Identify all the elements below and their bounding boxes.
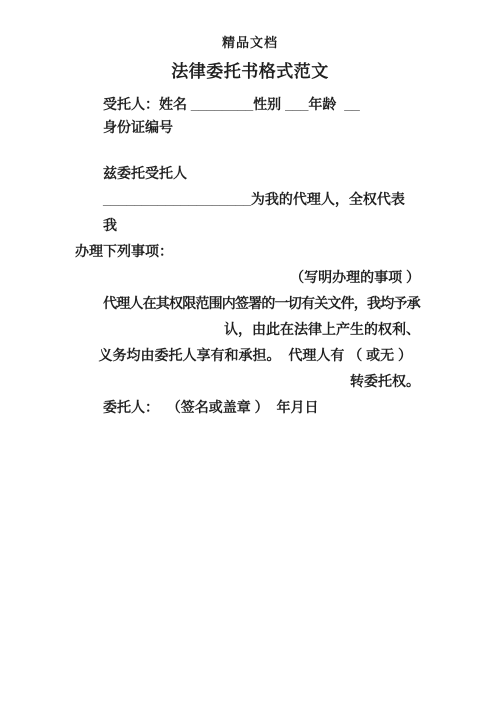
doc-body: 受托人：姓名 ________性别 ___年龄 __ 身份证编号 兹委托受托人 … [75, 95, 420, 420]
document-page: 精品文档 法律委托书格式范文 受托人：姓名 ________性别 ___年龄 _… [0, 0, 500, 708]
line-principal-signature-date: 委托人： （签名或盖章 ） 年月日 [103, 394, 420, 420]
line-sub-delegation: 转委托权。 [75, 368, 420, 394]
line-me: 我 [103, 212, 420, 238]
line-obligations-principal: 义务均由委托人享有和承担。 代理人有 （ 或无 ） [75, 342, 412, 368]
line-id-number: 身份证编号 [103, 114, 420, 140]
line-handle-matters: 办理下列事项： [75, 238, 420, 264]
line-agent-blank: ___________________为我的代理人，全权代表 [103, 186, 420, 212]
line-hereby-entrust: 兹委托受托人 [103, 160, 420, 186]
line-trustee-name-sex-age: 受托人：姓名 ________性别 ___年龄 __ [103, 95, 420, 114]
line-specify-matters: （写明办理的事项 ） [75, 264, 420, 290]
doc-title: 法律委托书格式范文 [0, 61, 500, 82]
doc-header-watermark: 精品文档 [0, 0, 500, 50]
line-agent-documents: 代理人在其权限范围内签署的一切有关文件，我均予承 [103, 290, 420, 316]
line-rights-arising: 认，由此在法律上产生的权利、 [75, 316, 420, 342]
